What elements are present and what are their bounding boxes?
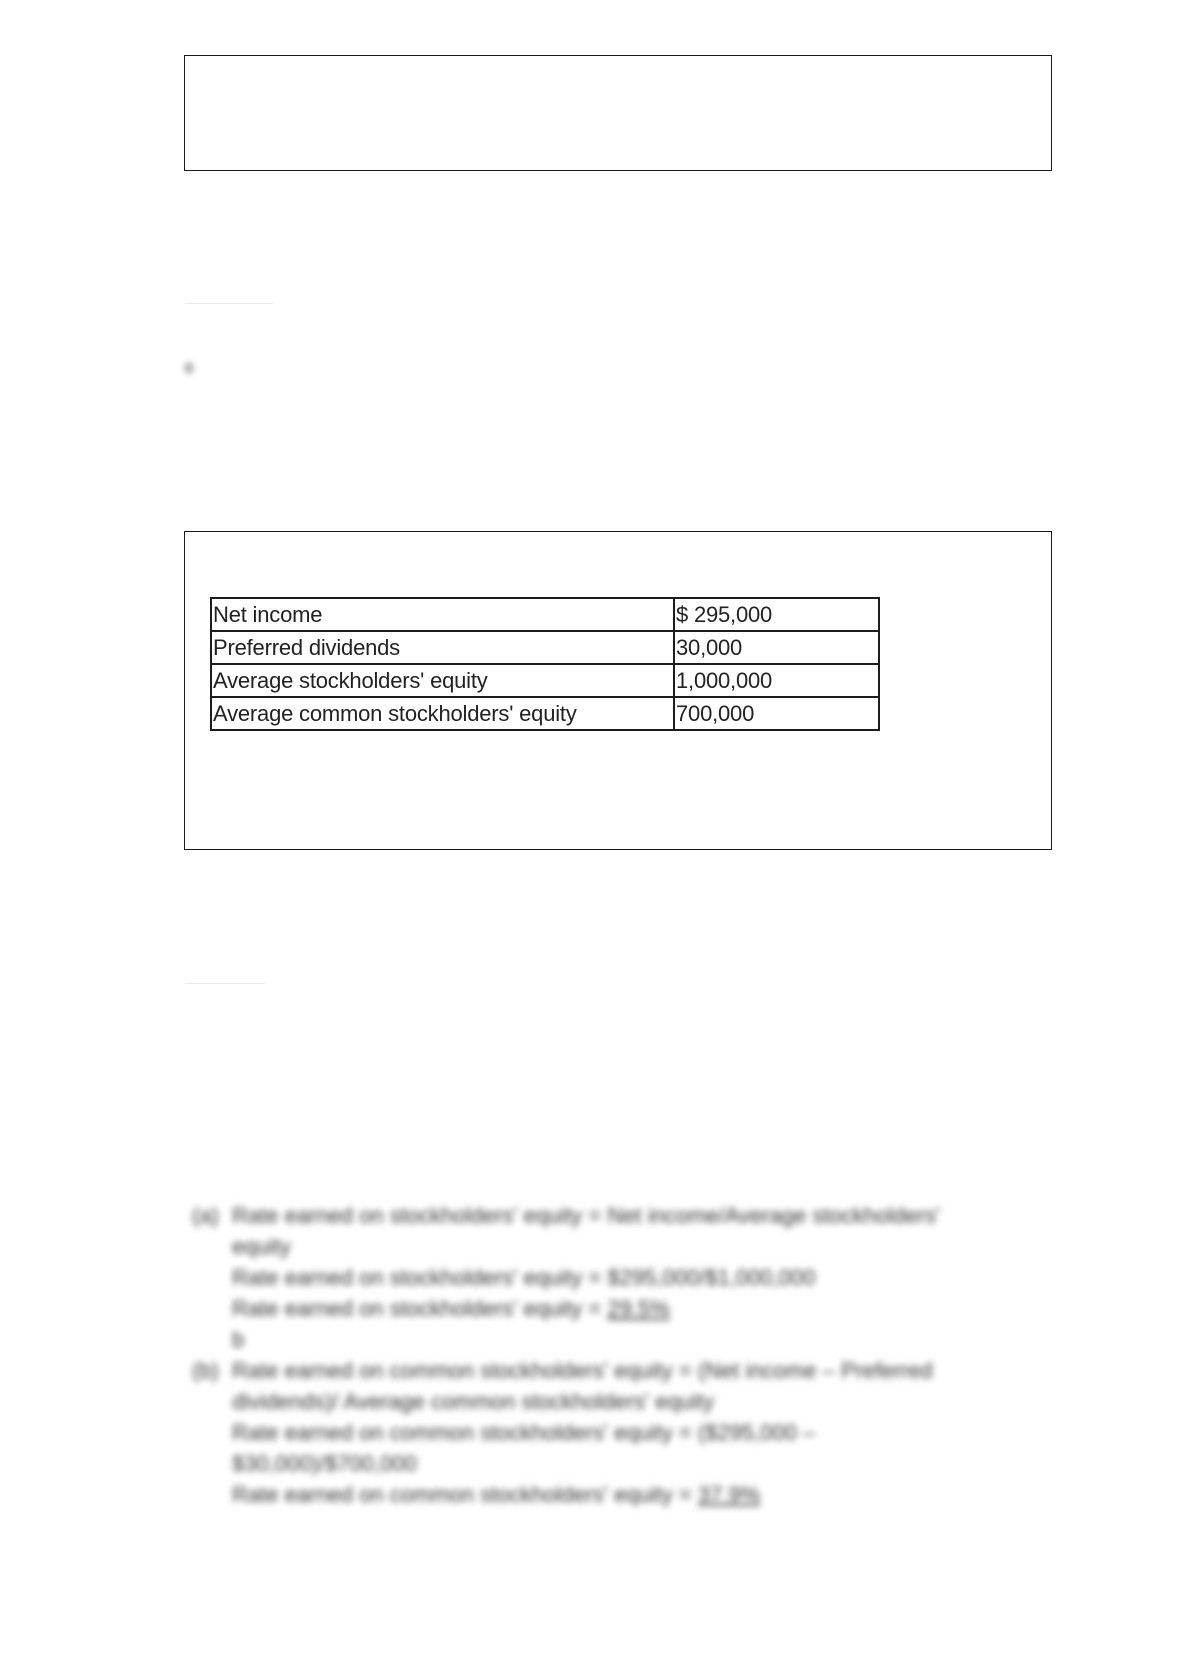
row-value: $ 295,000 xyxy=(674,598,879,631)
row-label: Net income xyxy=(211,598,674,631)
row-label: Average stockholders' equity xyxy=(211,664,674,697)
line-prefix: (b) xyxy=(192,1355,232,1417)
line-text: Rate earned on common stockholders' equi… xyxy=(232,1355,952,1417)
top-content-box xyxy=(184,55,1052,171)
table-row: Preferred dividends 30,000 xyxy=(211,631,879,664)
line-prefix xyxy=(192,1293,232,1324)
line-prefix xyxy=(192,1417,232,1479)
line-prefix: (a) xyxy=(192,1200,232,1262)
row-label: Preferred dividends xyxy=(211,631,674,664)
line-text: b xyxy=(232,1324,952,1355)
table-row: Net income $ 295,000 xyxy=(211,598,879,631)
solution-line: (b) Rate earned on common stockholders' … xyxy=(192,1355,952,1417)
answer-value: 37.9% xyxy=(698,1482,760,1507)
line-text-body: Rate earned on common stockholders' equi… xyxy=(232,1482,698,1507)
line-text: Rate earned on stockholders' equity = 29… xyxy=(232,1293,952,1324)
solution-line: b xyxy=(192,1324,952,1355)
answer-value: 29.5% xyxy=(607,1296,669,1321)
faint-separator xyxy=(185,303,273,304)
solution-line: (a) Rate earned on stockholders' equity … xyxy=(192,1200,952,1262)
line-text: Rate earned on stockholders' equity = $2… xyxy=(232,1262,952,1293)
line-prefix xyxy=(192,1262,232,1293)
row-value: 700,000 xyxy=(674,697,879,730)
line-prefix xyxy=(192,1479,232,1510)
solution-line: Rate earned on common stockholders' equi… xyxy=(192,1479,952,1510)
solution-line: Rate earned on stockholders' equity = $2… xyxy=(192,1262,952,1293)
table-row: Average common stockholders' equity 700,… xyxy=(211,697,879,730)
line-text: Rate earned on common stockholders' equi… xyxy=(232,1417,952,1479)
line-text: Rate earned on common stockholders' equi… xyxy=(232,1479,952,1510)
blurred-marker xyxy=(184,362,194,374)
table-row: Average stockholders' equity 1,000,000 xyxy=(211,664,879,697)
row-value: 30,000 xyxy=(674,631,879,664)
solution-line: Rate earned on stockholders' equity = 29… xyxy=(192,1293,952,1324)
line-prefix xyxy=(192,1324,232,1355)
solution-line: Rate earned on common stockholders' equi… xyxy=(192,1417,952,1479)
row-label: Average common stockholders' equity xyxy=(211,697,674,730)
faint-separator xyxy=(185,983,265,984)
financial-data-table: Net income $ 295,000 Preferred dividends… xyxy=(210,597,880,731)
blurred-solution: (a) Rate earned on stockholders' equity … xyxy=(192,1200,952,1510)
line-text: Rate earned on stockholders' equity = Ne… xyxy=(232,1200,952,1262)
row-value: 1,000,000 xyxy=(674,664,879,697)
line-text-body: Rate earned on stockholders' equity = xyxy=(232,1296,607,1321)
